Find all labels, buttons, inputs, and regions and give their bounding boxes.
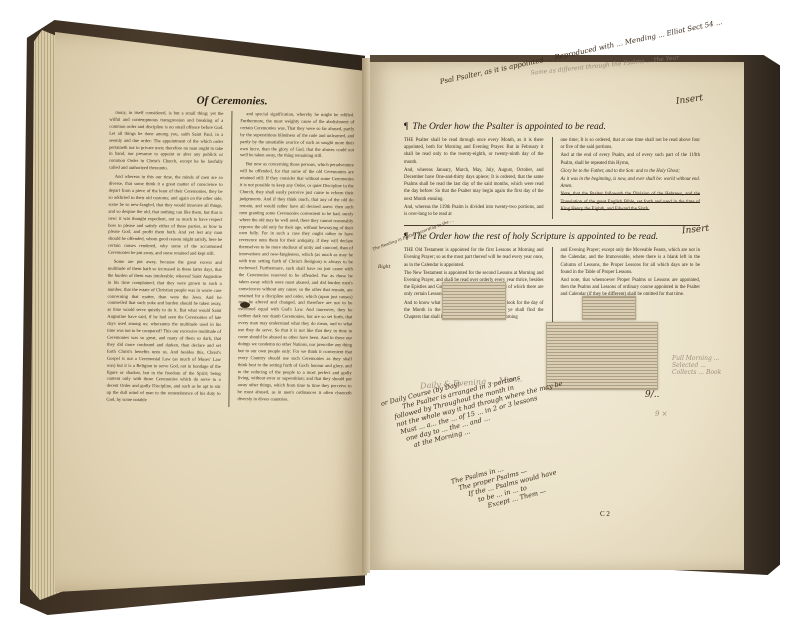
left-page-content: Of Ceremonies. mony, in itself considere…	[106, 94, 354, 409]
annotation-margin-right: Right	[378, 265, 390, 270]
left-column-1: mony, in itself considered, is but a sma…	[106, 110, 223, 407]
paragraph: Some are put away, because the great exc…	[106, 259, 222, 405]
section-title-scripture: ¶The Order how the rest of holy Scriptur…	[404, 232, 700, 242]
annotation-numeral: 9/..	[645, 390, 659, 400]
annotation-numeral: 9 ×	[655, 410, 668, 418]
paragraph: And, whereas January, March, May, July, …	[404, 167, 544, 203]
pasted-clipping	[582, 296, 636, 320]
pasted-clipping	[442, 282, 506, 320]
book-photo: Of Ceremonies. mony, in itself considere…	[0, 0, 800, 627]
section-divider	[404, 225, 700, 226]
paragraph: THE Psalter shall be read through once e…	[404, 137, 544, 166]
paragraph: And whereas in this our time, the minds …	[108, 174, 223, 258]
paragraph: Note, that the Psalter followeth the Div…	[561, 191, 701, 213]
psalter-column-2: one time; It is so ordered, that at one …	[561, 137, 701, 219]
annotation-right-margin: Full Morning ... Selected ... Collects .…	[672, 355, 732, 376]
paragraph: As it was in the beginning, is now, and …	[561, 176, 701, 190]
paragraph: Glory be to the Father, and to the Son: …	[561, 168, 701, 175]
paragraph: and special signification, whereby he mi…	[240, 111, 354, 161]
psalter-column-1: THE Psalter shall be read through once e…	[404, 137, 544, 219]
signature-mark: C 2	[600, 510, 610, 518]
paragraph: one time; It is so ordered, that at one …	[561, 137, 701, 151]
paragraph: THE Old Testament is appointed for the f…	[404, 247, 544, 269]
left-column-2: and special signification, whereby he mi…	[237, 111, 354, 408]
pilcrow-icon: ¶	[404, 122, 408, 132]
paragraph: and Evening Prayer; except only the Move…	[561, 247, 701, 276]
paragraph: And, whereas the 119th Psalm is divided …	[404, 204, 544, 218]
paragraph: And at the end of every Psalm, and of ev…	[561, 152, 701, 166]
book-gutter	[362, 58, 370, 573]
running-head: Of Ceremonies.	[110, 94, 355, 109]
column-rule	[552, 247, 553, 322]
ink-blot	[240, 302, 250, 308]
section-title-psalter: ¶The Order how the Psalter is appointed …	[404, 122, 700, 132]
paragraph: But now as concerning those persons, whi…	[237, 161, 354, 404]
column-rule	[228, 111, 232, 407]
column-rule	[552, 137, 553, 219]
paragraph: mony, in itself considered, is but a sma…	[109, 110, 224, 173]
